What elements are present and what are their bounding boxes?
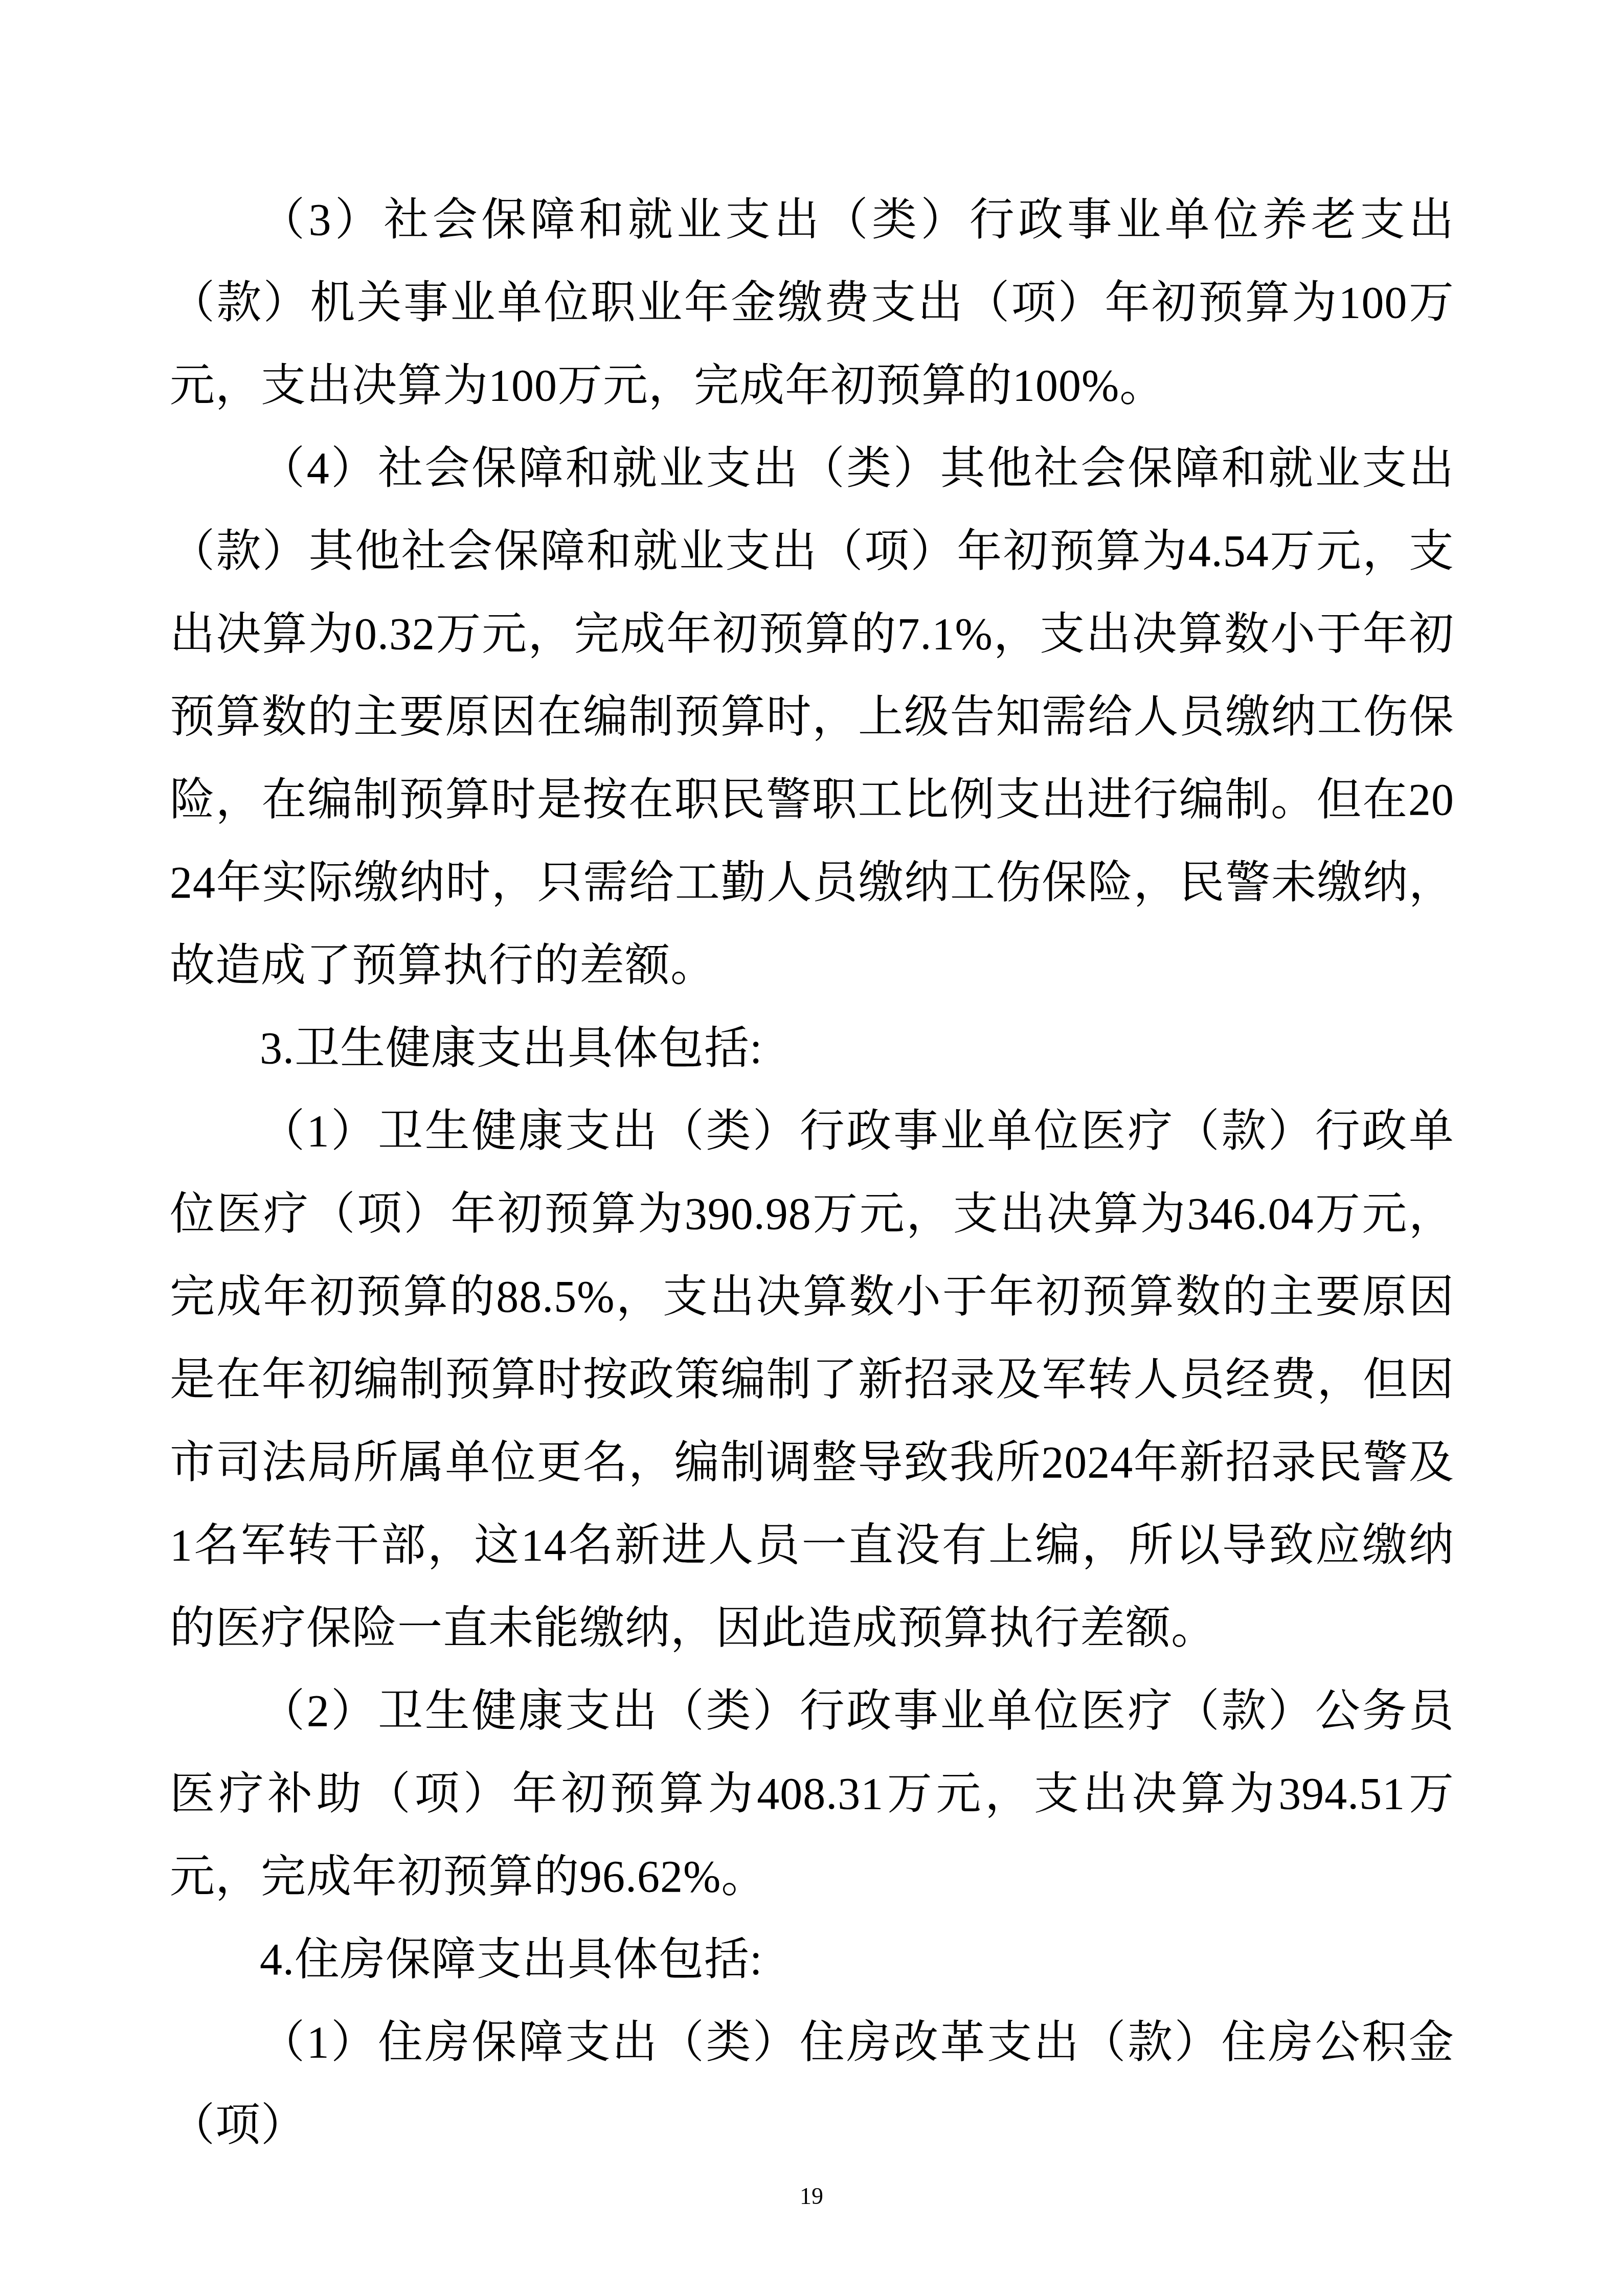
paragraph-other-social-security: （4）社会保障和就业支出（类）其他社会保障和就业支出（款）其他社会保障和就业支出… — [170, 427, 1454, 1007]
paragraph-social-security-pension: （3）社会保障和就业支出（类）行政事业单位养老支出（款）机关事业单位职业年金缴费… — [170, 179, 1454, 427]
paragraph-housing-fund: （1）住房保障支出（类）住房改革支出（款）住房公积金（项） — [170, 2001, 1454, 2167]
heading-housing-expenditure: 4.住房保障支出具体包括: — [170, 1919, 1454, 2001]
heading-health-expenditure: 3.卫生健康支出具体包括: — [170, 1007, 1454, 1090]
paragraph-health-admin-medical: （1）卫生健康支出（类）行政事业单位医疗（款）行政单位医疗（项）年初预算为390… — [170, 1090, 1454, 1670]
page-number: 19 — [800, 2183, 823, 2209]
page-footer: 19 — [0, 2185, 1623, 2208]
paragraph-civil-servant-medical-subsidy: （2）卫生健康支出（类）行政事业单位医疗（款）公务员医疗补助（项）年初预算为40… — [170, 1670, 1454, 1919]
document-page: （3）社会保障和就业支出（类）行政事业单位养老支出（款）机关事业单位职业年金缴费… — [0, 0, 1623, 2296]
document-body: （3）社会保障和就业支出（类）行政事业单位养老支出（款）机关事业单位职业年金缴费… — [170, 179, 1454, 2167]
